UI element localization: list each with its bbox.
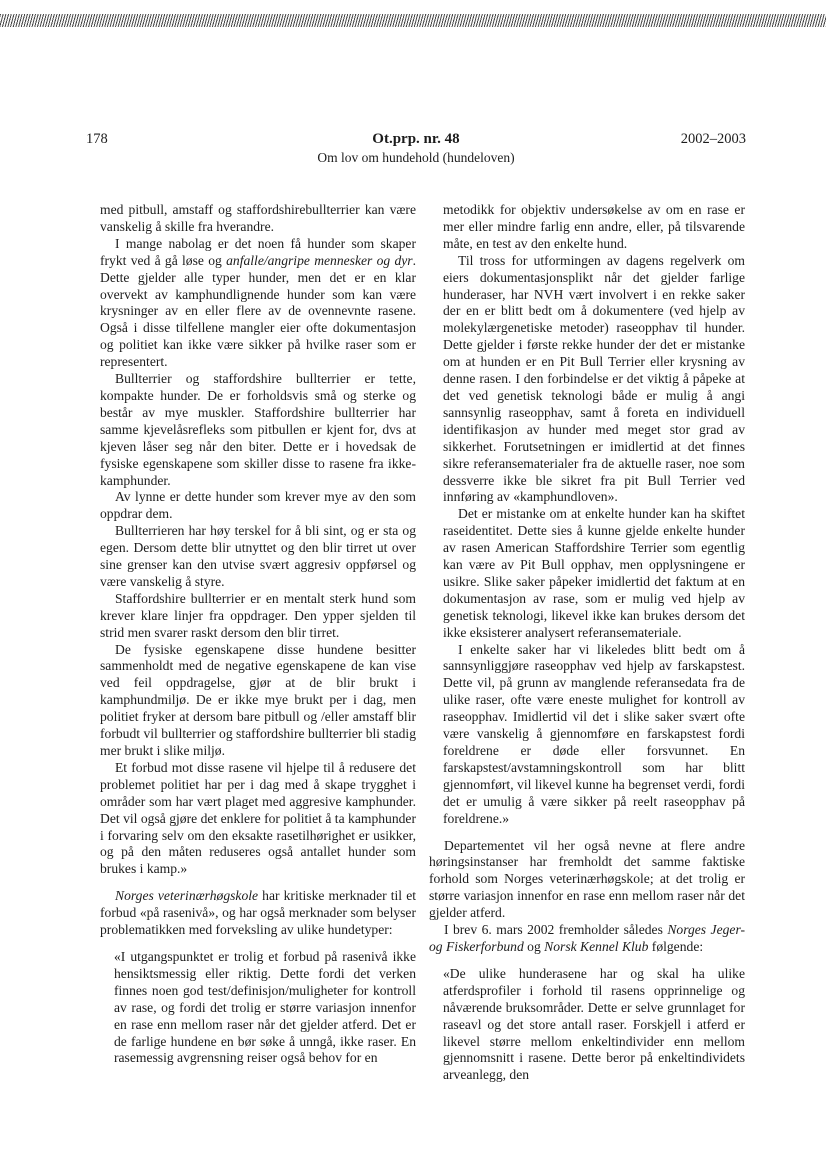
paragraph: «De ulike hunderasene har og skal ha uli… [443, 966, 745, 1084]
right-column: metodikk for objektiv undersøkelse av om… [429, 202, 745, 1084]
document-subtitle: Om lov om hundehold (hundeloven) [86, 150, 746, 166]
paragraph: Til tross for utformingen av dagens rege… [443, 253, 745, 507]
text-columns: med pitbull, amstaff og staffordshirebul… [100, 202, 745, 1084]
paragraph: Bullterrier og staffordshire bullterrier… [100, 371, 416, 489]
paragraph: Departementet vil her også nevne at fler… [429, 838, 745, 923]
page-number: 178 [86, 131, 216, 148]
paragraph: Et forbud mot disse rasene vil hjelpe ti… [100, 760, 416, 878]
paragraph: Staffordshire bullterrier er en mentalt … [100, 591, 416, 642]
paragraph: Det er mistanke om at enkelte hunder kan… [443, 506, 745, 641]
paragraph: I mange nabolag er det noen få hunder so… [100, 236, 416, 371]
session-years: 2002–2003 [616, 131, 746, 148]
left-column: med pitbull, amstaff og staffordshirebul… [100, 202, 416, 1084]
document-page: 178 Ot.prp. nr. 48 2002–2003 Om lov om h… [0, 0, 826, 1169]
document-title: Ot.prp. nr. 48 [216, 131, 616, 148]
paragraph: Norges veterinærhøgskole har kritiske me… [100, 888, 416, 939]
paragraph: I brev 6. mars 2002 fremholder således N… [429, 922, 745, 956]
paragraph: I enkelte saker har vi likeledes blitt b… [443, 642, 745, 828]
page-header: 178 Ot.prp. nr. 48 2002–2003 Om lov om h… [86, 131, 746, 166]
paragraph: De fysiske egenskapene disse hundene bes… [100, 642, 416, 760]
paragraph: metodikk for objektiv undersøkelse av om… [443, 202, 745, 253]
paragraph: Bullterrieren har høy terskel for å bli … [100, 523, 416, 591]
paragraph: «I utgangspunktet er trolig et forbud på… [114, 949, 416, 1067]
scan-artifact-band [0, 14, 826, 27]
paragraph: med pitbull, amstaff og staffordshirebul… [100, 202, 416, 236]
paragraph: Av lynne er dette hunder som krever mye … [100, 489, 416, 523]
